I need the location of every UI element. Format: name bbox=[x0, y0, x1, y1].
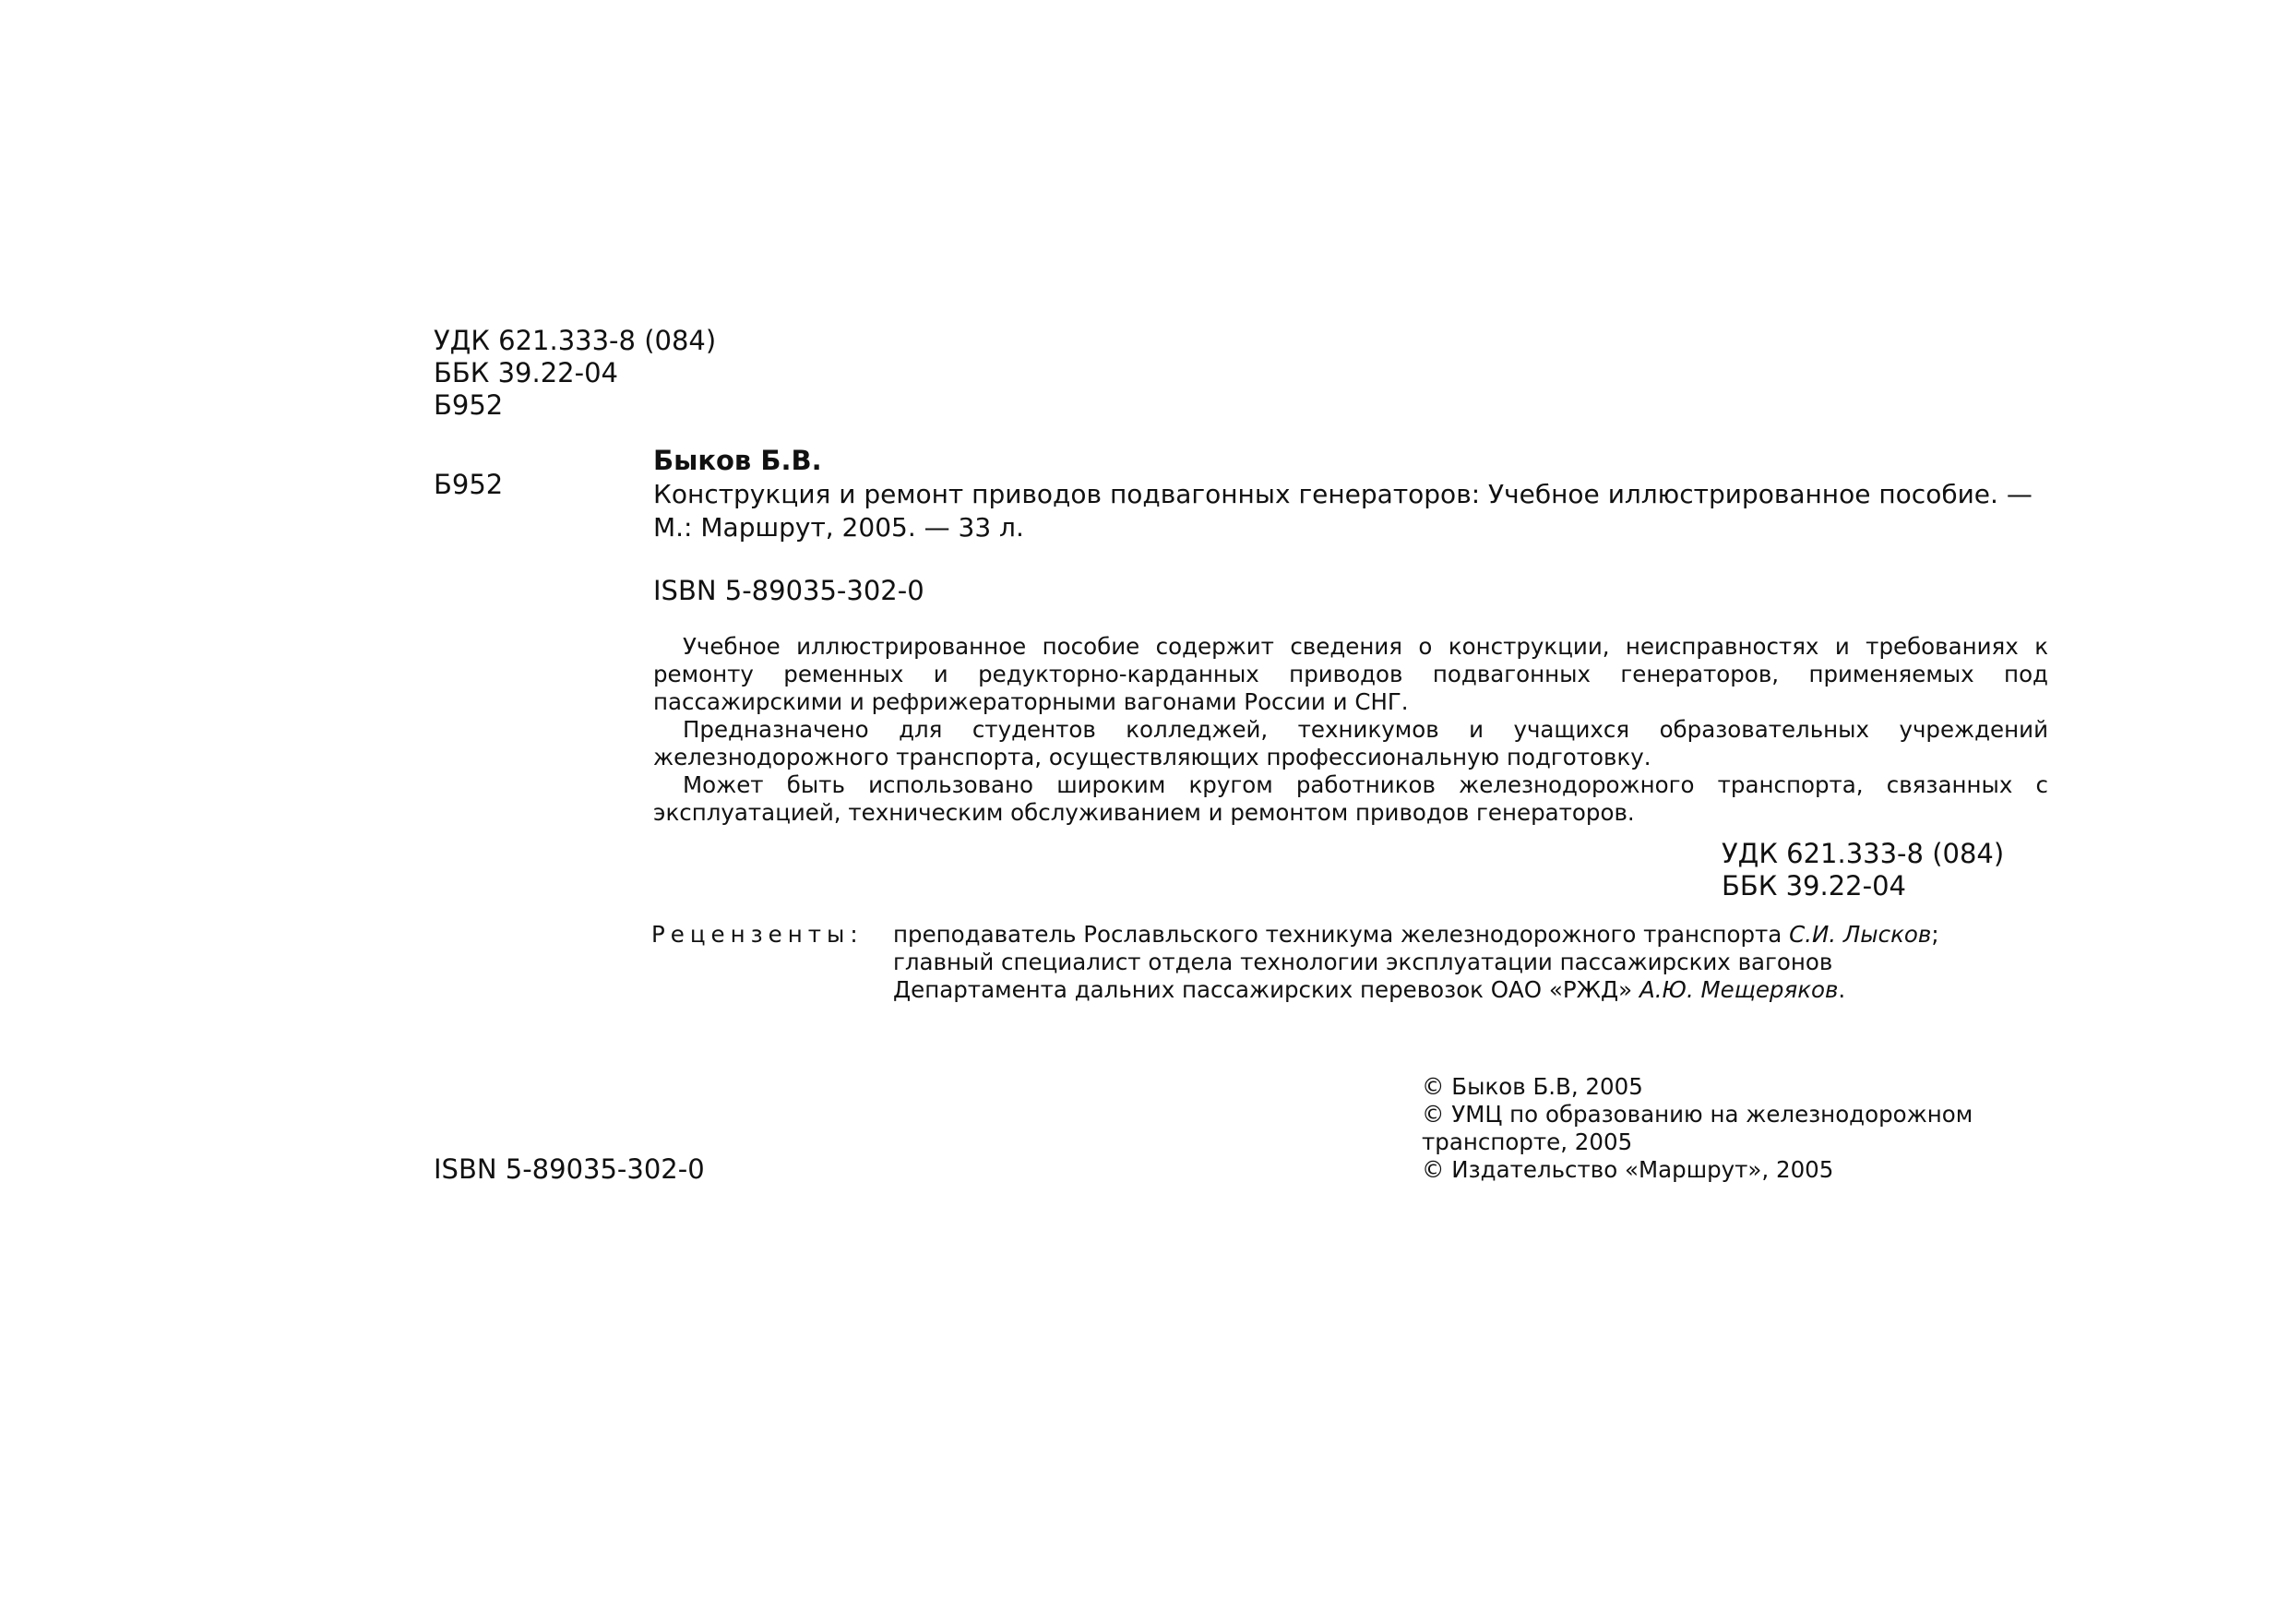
author-code: Б952 bbox=[434, 389, 716, 422]
udk-code: УДК 621.333-8 (084) bbox=[434, 325, 716, 357]
bbk-code: ББК 39.22-04 bbox=[434, 357, 716, 389]
isbn-bottom: ISBN 5-89035-302-0 bbox=[434, 1153, 705, 1185]
reviewer-name: А.Ю. Мещеряков bbox=[1639, 976, 1838, 1003]
reviewer-line: главный специалист отдела технологии экс… bbox=[651, 949, 1939, 976]
book-isbn: ISBN 5-89035-302-0 bbox=[653, 575, 924, 606]
reviewer-position: преподаватель Рославльского техникума же… bbox=[893, 921, 1789, 948]
book-author: Быков Б.В. bbox=[653, 445, 822, 476]
reviewer-line: Рецензенты:преподаватель Рославльского т… bbox=[651, 921, 1939, 949]
udk-code-right: УДК 621.333-8 (084) bbox=[1722, 838, 2004, 870]
copyright-block: © Быков Б.В, 2005 © УМЦ по образованию н… bbox=[1422, 1073, 1973, 1184]
author-code-side: Б952 bbox=[434, 469, 503, 500]
abstract-paragraph: Учебное иллюстрированное пособие содержи… bbox=[653, 633, 2048, 716]
reviewers-label: Рецензенты: bbox=[651, 921, 893, 949]
book-imprint-line: М.: Маршрут, 2005. — 33 л. bbox=[653, 511, 2056, 544]
copyright-line: © Издательство «Маршрут», 2005 bbox=[1422, 1156, 1973, 1184]
reviewer-position: Департамента дальних пассажирских перево… bbox=[893, 976, 1639, 1003]
book-title-line: Конструкция и ремонт приводов подвагонны… bbox=[653, 478, 2056, 511]
punctuation: ; bbox=[1931, 921, 1938, 948]
reviewer-name: С.И. Лысков bbox=[1789, 921, 1931, 948]
book-title: Конструкция и ремонт приводов подвагонны… bbox=[653, 478, 2056, 544]
abstract-paragraph: Предназначено для студентов колледжей, т… bbox=[653, 716, 2048, 771]
copyright-line: © Быков Б.В, 2005 bbox=[1422, 1073, 1973, 1101]
abstract-paragraph: Может быть использовано широким кругом р… bbox=[653, 771, 2048, 827]
copyright-line: транспорте, 2005 bbox=[1422, 1128, 1973, 1156]
classification-block-right: УДК 621.333-8 (084) ББК 39.22-04 bbox=[1722, 838, 2004, 902]
classification-block: УДК 621.333-8 (084) ББК 39.22-04 Б952 bbox=[434, 325, 716, 422]
reviewers-block: Рецензенты:преподаватель Рославльского т… bbox=[651, 921, 1939, 1004]
abstract: Учебное иллюстрированное пособие содержи… bbox=[653, 633, 2048, 827]
punctuation: . bbox=[1838, 976, 1845, 1003]
reviewer-line: Департамента дальних пассажирских перево… bbox=[651, 976, 1939, 1004]
copyright-line: © УМЦ по образованию на железнодорожном bbox=[1422, 1101, 1973, 1128]
bbk-code-right: ББК 39.22-04 bbox=[1722, 870, 2004, 902]
